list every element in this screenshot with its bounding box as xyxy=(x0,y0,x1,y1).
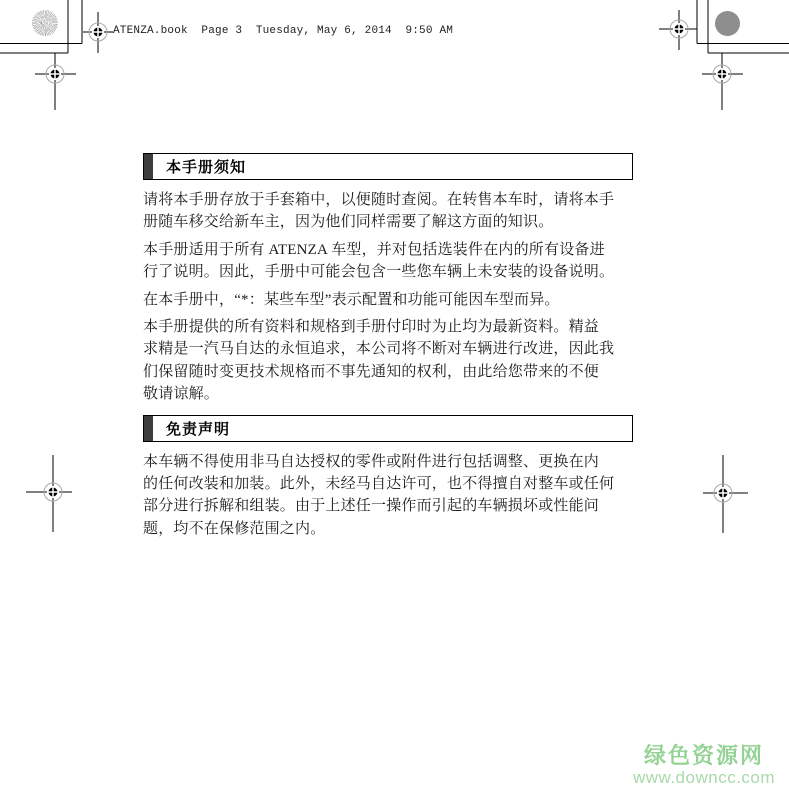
watermark-site-url: www.downcc.com xyxy=(618,768,789,788)
crop-marks-right xyxy=(697,0,789,53)
paragraph: 本车辆不得使用非马自达授权的零件或附件进行包括调整、更换在内 的任何改装和加装。… xyxy=(143,451,640,541)
paragraph: 本手册适用于所有 ATENZA 车型，并对包括选装件在内的所有设备进 行了说明。… xyxy=(143,239,640,284)
paragraph-line: 本手册适用于所有 ATENZA 车型，并对包括选装件在内的所有设备进 xyxy=(143,239,640,261)
paragraph-line: 本手册提供的所有资料和规格到手册付印时为止均为最新资料。精益 xyxy=(143,316,640,338)
header-accent-bar xyxy=(144,154,153,179)
paragraph-line: 本车辆不得使用非马自达授权的零件或附件进行包括调整、更换在内 xyxy=(143,451,640,473)
paragraph-line: 题，均不在保修范围之内。 xyxy=(143,518,640,540)
content-column: 本手册须知 请将本手册存放于手套箱中，以便随时查阅。在转售本车时，请将本手 册随… xyxy=(143,153,640,545)
paragraph-line: 们保留随时变更技术规格而不事先通知的权利，由此给您带来的不便 xyxy=(143,361,640,383)
section-header-notice: 本手册须知 xyxy=(143,153,633,180)
paragraph-line: 的任何改装和加装。此外，未经马自达许可，也不得擅自对整车或任何 xyxy=(143,473,640,495)
solid-gray-circle-icon xyxy=(715,11,740,36)
paragraph: 本手册提供的所有资料和规格到手册付印时为止均为最新资料。精益 求精是一汽马自达的… xyxy=(143,316,640,406)
halftone-circle-icon xyxy=(32,10,58,36)
paragraph: 在本手册中，“*：某些车型”表示配置和功能可能因车型而异。 xyxy=(143,289,640,311)
paragraph-line: 求精是一汽马自达的永恒追求，本公司将不断对车辆进行改进，因此我 xyxy=(143,338,640,360)
crosshair-icon xyxy=(35,53,76,110)
paragraph-line: 行了说明。因此，手册中可能会包含一些您车辆上未安装的设备说明。 xyxy=(143,261,640,283)
header-accent-bar xyxy=(144,416,153,441)
watermark: 绿色资源网 www.downcc.com xyxy=(618,744,789,788)
section-title: 免责声明 xyxy=(153,418,230,439)
paragraph-line: 部分进行拆解和组装。由于上述任一操作而引起的车辆损坏或性能问 xyxy=(143,495,640,517)
document-header: ATENZA.book Page 3 Tuesday, May 6, 2014 … xyxy=(113,25,453,37)
crosshair-icon xyxy=(702,53,743,110)
crosshair-icon xyxy=(703,455,748,533)
paragraph-line: 敬请谅解。 xyxy=(143,383,640,405)
paragraph: 请将本手册存放于手套箱中，以便随时查阅。在转售本车时，请将本手 册随车移交给新车… xyxy=(143,189,640,234)
paragraph-line: 请将本手册存放于手套箱中，以便随时查阅。在转售本车时，请将本手 xyxy=(143,189,640,211)
crosshair-icon xyxy=(659,10,697,50)
section-title: 本手册须知 xyxy=(153,156,246,177)
watermark-site-name: 绿色资源网 xyxy=(618,744,789,768)
manual-page: ATENZA.book Page 3 Tuesday, May 6, 2014 … xyxy=(0,0,789,802)
crosshair-icon xyxy=(26,455,72,532)
paragraph-line: 在本手册中，“*：某些车型”表示配置和功能可能因车型而异。 xyxy=(143,289,640,311)
section-header-disclaimer: 免责声明 xyxy=(143,415,633,442)
paragraph-line: 册随车移交给新车主，因为他们同样需要了解这方面的知识。 xyxy=(143,211,640,233)
crosshair-icon xyxy=(83,12,113,53)
